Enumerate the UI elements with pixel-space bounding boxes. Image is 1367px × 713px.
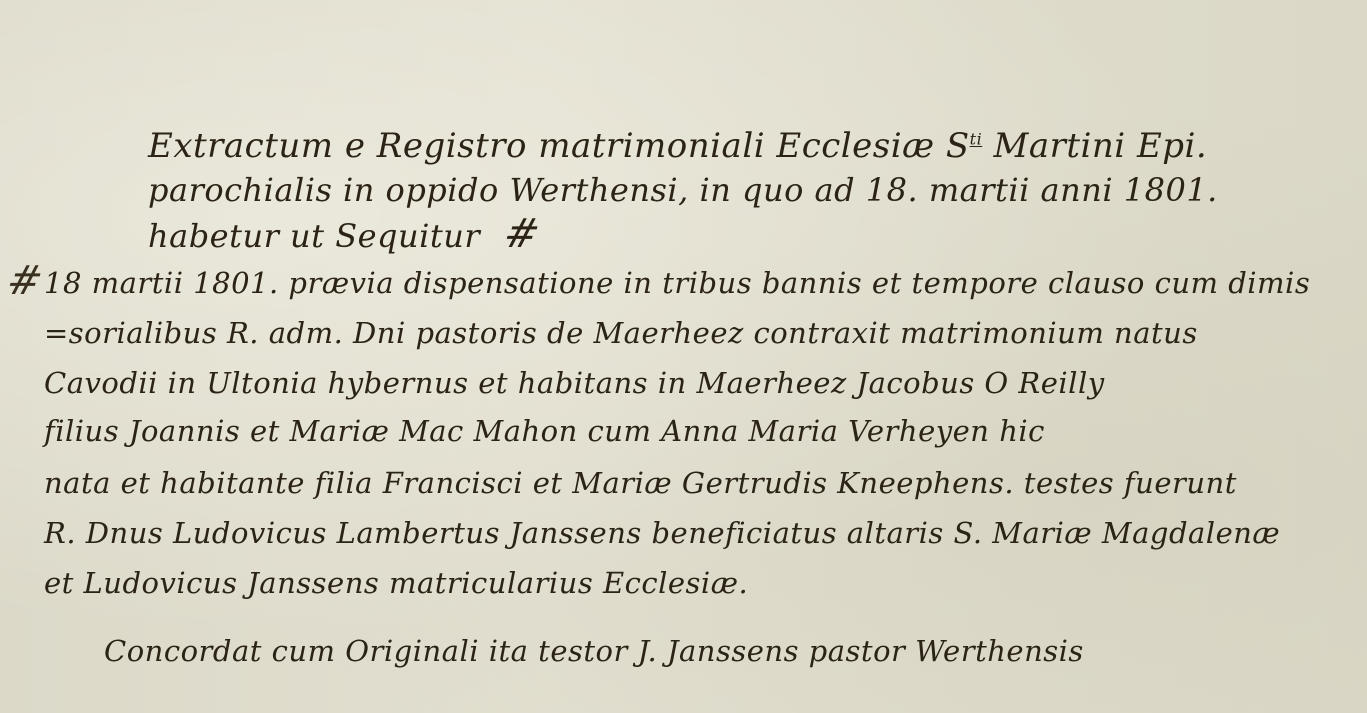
- entry-line-1: 18 martii 1801. prævia dispensatione in …: [44, 266, 1310, 300]
- entry-line-2-text: =sorialibus R. adm. Dni pastoris de Maer…: [44, 316, 1198, 350]
- entry-line-3: Cavodii in Ultonia hybernus et habitans …: [44, 366, 1105, 400]
- header-line-2: parochialis in oppido Werthensi, in quo …: [148, 171, 1218, 209]
- entry-line-1-text: 18 martii 1801. prævia dispensatione in …: [44, 266, 1310, 300]
- header-line-2-text: parochialis in oppido Werthensi, in quo …: [148, 171, 1218, 209]
- header-line-1: Extractum e Registro matrimoniali Eccles…: [148, 126, 1207, 166]
- margin-reference-mark-icon: #: [2, 258, 48, 304]
- entry-line-7: et Ludovicus Janssens matricularius Eccl…: [44, 566, 748, 600]
- entry-line-5: nata et habitante filia Francisci et Mar…: [44, 466, 1237, 500]
- reference-mark-icon: #: [499, 211, 545, 257]
- entry-line-5-text: nata et habitante filia Francisci et Mar…: [44, 466, 1237, 500]
- entry-line-4-text: filius Joannis et Mariæ Mac Mahon cum An…: [44, 414, 1045, 448]
- document-page: Extractum e Registro matrimoniali Eccles…: [0, 0, 1367, 713]
- attestation-text: Concordat cum Originali ita testor J. Ja…: [104, 634, 1084, 668]
- entry-line-7-text: et Ludovicus Janssens matricularius Eccl…: [44, 566, 748, 600]
- attestation-line: Concordat cum Originali ita testor J. Ja…: [104, 634, 1084, 668]
- header-line-3-text: habetur ut Sequitur: [148, 217, 480, 255]
- entry-line-3-text: Cavodii in Ultonia hybernus et habitans …: [44, 366, 1105, 400]
- header-line-1-text: Extractum e Registro matrimoniali Eccles…: [148, 126, 970, 166]
- entry-line-4: filius Joannis et Mariæ Mac Mahon cum An…: [44, 414, 1045, 448]
- entry-line-6-text: R. Dnus Ludovicus Lambertus Janssens ben…: [44, 516, 1280, 550]
- header-superscript: ti: [970, 130, 983, 149]
- entry-line-6: R. Dnus Ludovicus Lambertus Janssens ben…: [44, 516, 1280, 550]
- entry-line-2: =sorialibus R. adm. Dni pastoris de Maer…: [44, 316, 1198, 350]
- header-line-3: habetur ut Sequitur #: [148, 211, 539, 257]
- header-line-1-tail: Martini Epi.: [982, 126, 1207, 166]
